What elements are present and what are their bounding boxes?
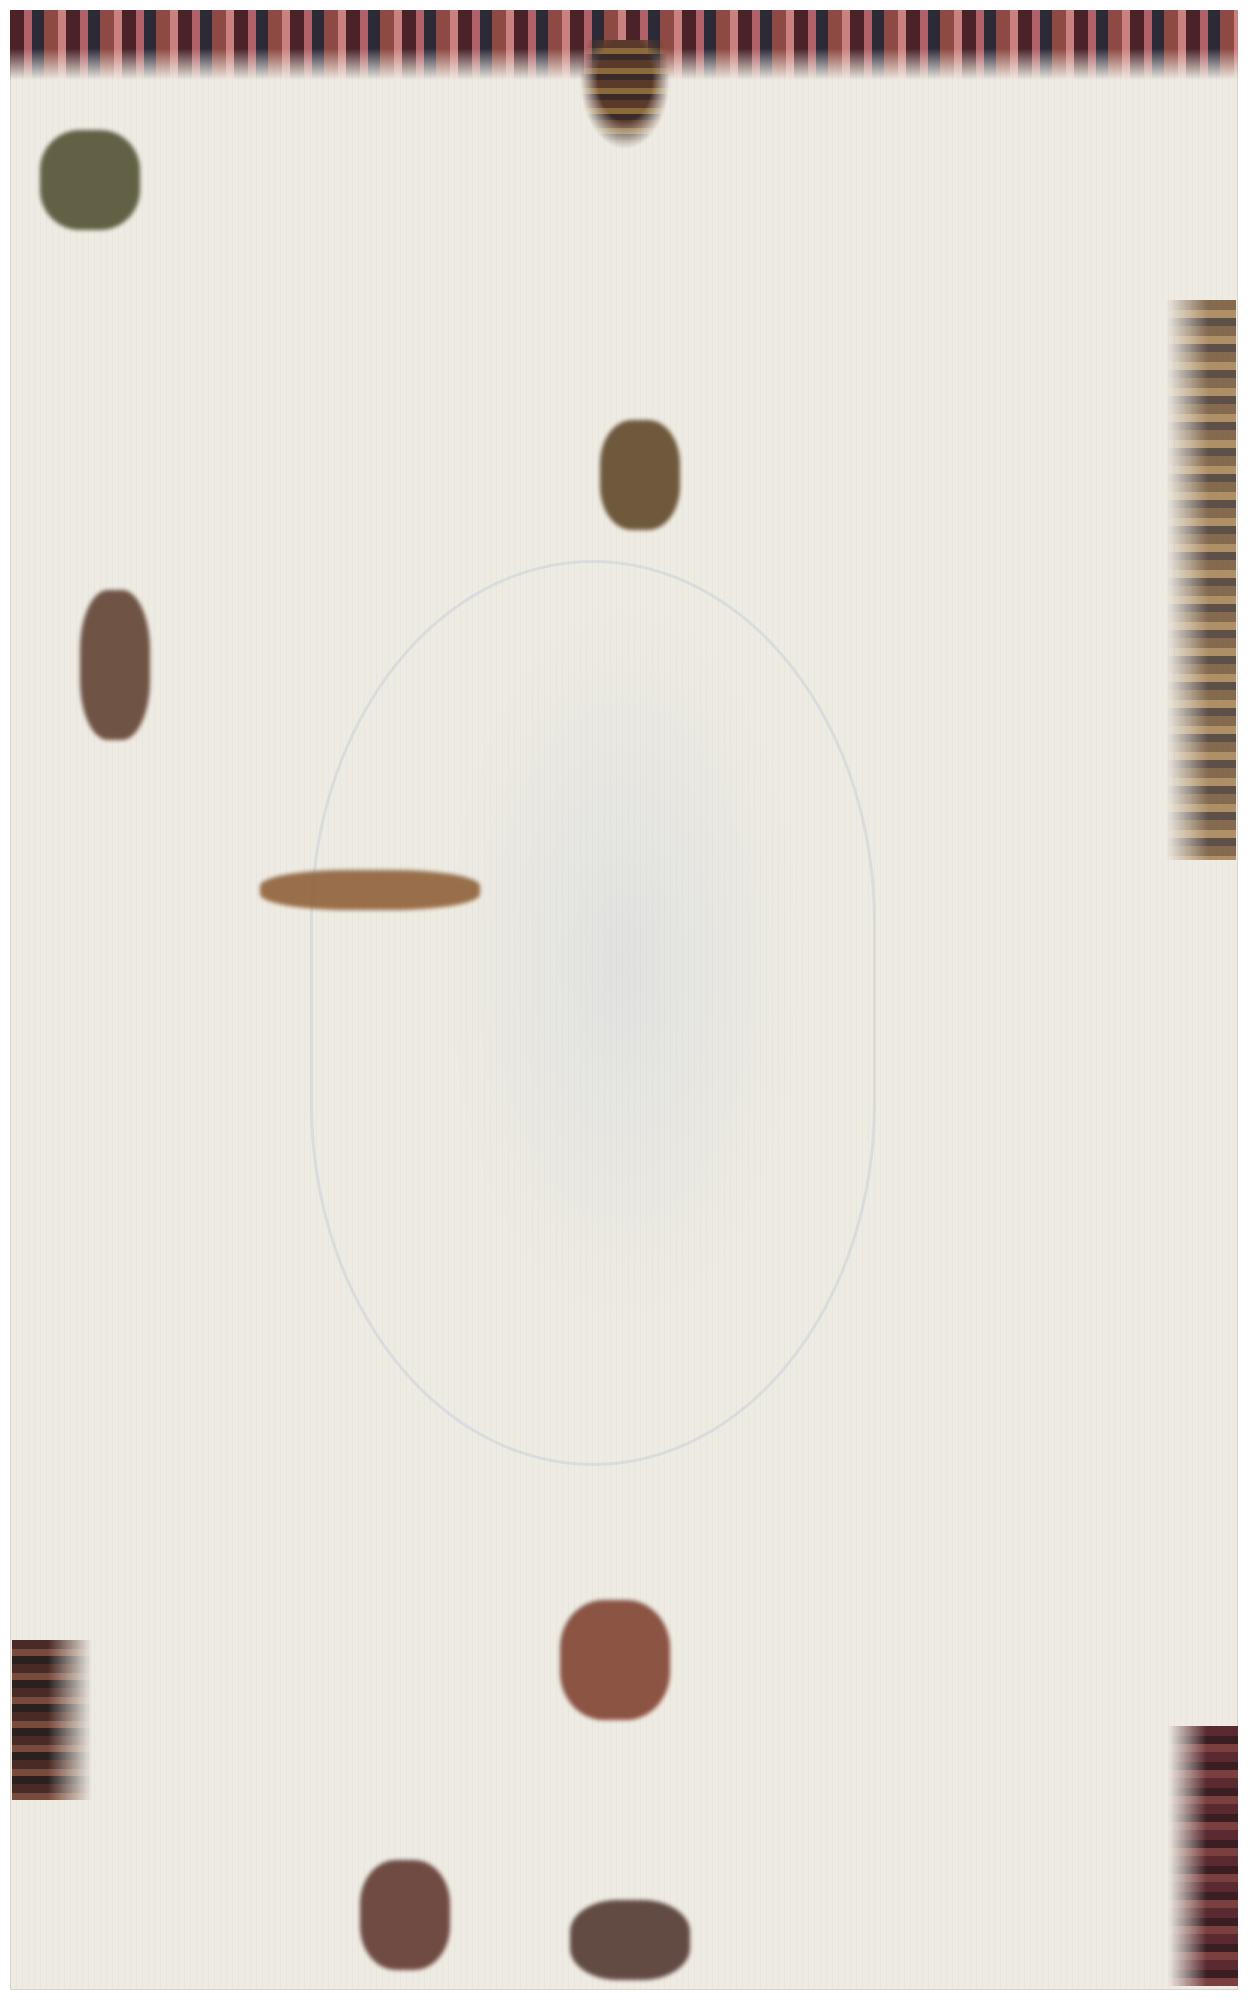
faded-medallion: [310, 560, 876, 1466]
wear-spot: [260, 870, 480, 910]
wear-spot: [80, 590, 150, 740]
rug-right-border-remnant: [1166, 300, 1236, 860]
rug-bottom-left-remnant: [12, 1640, 92, 1800]
wear-spot: [600, 420, 680, 530]
wear-spot: [570, 1900, 690, 1980]
wear-spot: [560, 1600, 670, 1720]
top-center-motif: [580, 40, 670, 170]
wear-spot: [40, 130, 140, 230]
rug-bottom-right-corner: [1168, 1726, 1238, 1986]
wear-spot: [360, 1860, 450, 1970]
